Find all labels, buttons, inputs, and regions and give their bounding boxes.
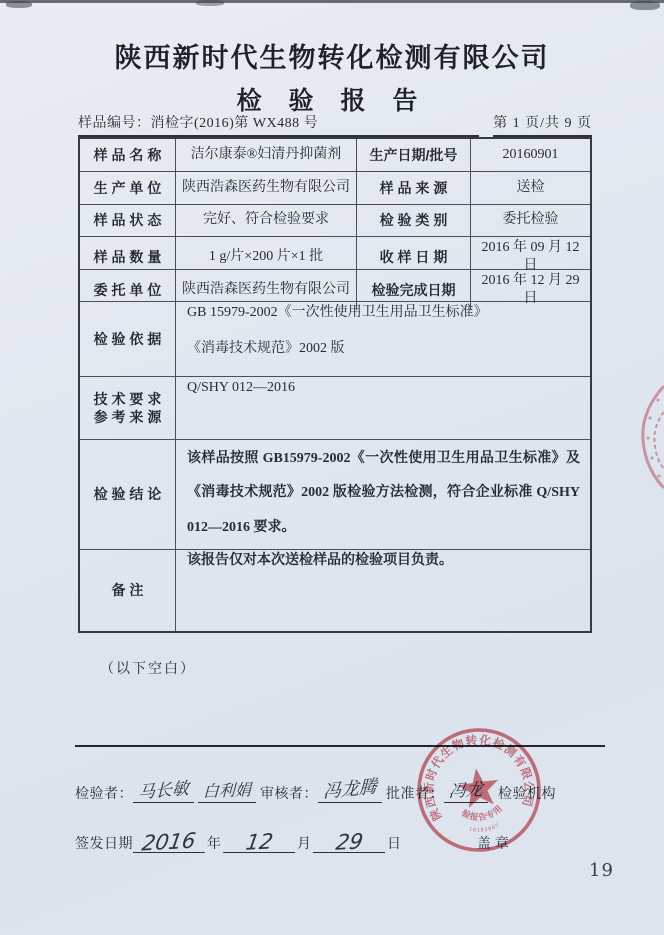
row-value: 委托检验	[470, 205, 590, 236]
report-table: 样 品 名 称 洁尔康泰®妇清丹抑菌剂 生产日期/批号 20160901 生 产…	[78, 137, 592, 633]
issue-month-blank: 12	[223, 833, 295, 853]
company-title: 陕西新时代生物转化检测有限公司	[0, 36, 664, 75]
row-label: 备 注	[80, 550, 175, 631]
report-header: 陕西新时代生物转化检测有限公司 检 验 报 告	[0, 0, 664, 117]
row-value: 完好、符合检验要求	[175, 205, 356, 236]
table-row-remark: 备 注 该报告仅对本次送检样品的检验项目负责。	[80, 549, 590, 631]
row-value: 陕西浩森医药生物有限公司	[175, 172, 356, 203]
remark-text: 该报告仅对本次送检样品的检验项目负责。	[187, 552, 453, 570]
handwritten-signature: 白利娟	[203, 777, 252, 802]
day-unit: 日	[387, 833, 401, 853]
table-row-tech: 技 术 要 求 参 考 来 源 Q/SHY 012—2016	[80, 376, 590, 439]
scan-artifact	[196, 0, 224, 6]
row-label: 样 品 名 称	[80, 139, 175, 171]
table-row: 样 品 数 量 1 g/片×200 片×1 批 收 样 日 期 2016 年 0…	[80, 236, 590, 268]
tech-label-line1: 技 术 要 求	[94, 390, 162, 408]
table-row-conclusion: 检 验 结 论 该样品按照 GB15979-2002《一次性使用卫生用品卫生标准…	[80, 439, 590, 549]
conclusion-text: 该样品按照 GB15979-2002《一次性使用卫生用品卫生标准》及《消毒技术规…	[187, 442, 586, 545]
row-label: 检 验 依 据	[80, 302, 175, 376]
row-label: 样 品 来 源	[356, 172, 470, 203]
row-value: 洁尔康泰®妇清丹抑菌剂	[175, 139, 356, 171]
scanned-report-page: 陕西新时代生物转化检测有限公司 检 验 报 告 样品编号：消检字(2016)第 …	[0, 0, 664, 935]
report-body: 样品编号：消检字(2016)第 WX488 号 第 1 页/共 9 页 样 品 …	[78, 112, 592, 633]
row-label: 生产日期/批号	[356, 139, 470, 171]
handwritten-signature: 马长敏	[138, 774, 189, 804]
row-value: GB 15979-2002《一次性使用卫生用品卫生标准》 《消毒技术规范》200…	[175, 302, 590, 376]
row-label: 技 术 要 求 参 考 来 源	[80, 377, 175, 439]
blank-below-note: （以下空白）	[100, 658, 196, 678]
row-label: 检 验 结 论	[80, 440, 175, 549]
tech-value: Q/SHY 012—2016	[187, 379, 295, 397]
scan-artifact	[630, 1, 660, 10]
page-indicator: 第 1 页/共 9 页	[493, 112, 592, 137]
table-row: 样 品 状 态 完好、符合检验要求 检 验 类 别 委托检验	[80, 204, 590, 236]
row-value: 该样品按照 GB15979-2002《一次性使用卫生用品卫生标准》及《消毒技术规…	[175, 440, 590, 549]
row-label: 检 验 类 别	[356, 205, 470, 236]
year-unit: 年	[207, 833, 221, 853]
page-number-stamp: 19	[589, 860, 614, 881]
scan-artifact	[6, 1, 32, 8]
issue-day-blank: 29	[313, 833, 385, 853]
basis-line-1: GB 15979-2002《一次性使用卫生用品卫生标准》	[187, 304, 586, 322]
table-row: 生 产 单 位 陕西浩森医药生物有限公司 样 品 来 源 送检	[80, 171, 590, 203]
reviewer-signature: 冯龙腾	[318, 775, 382, 803]
sample-number: 样品编号：消检字(2016)第 WX488 号	[78, 112, 479, 137]
row-label: 样 品 状 态	[80, 205, 175, 236]
month-unit: 月	[297, 833, 311, 853]
issue-date-label: 签发日期	[75, 833, 133, 853]
partial-edge-seal-stamp	[634, 378, 664, 500]
inspector-label: 检验者：	[75, 783, 133, 803]
scan-edge-top	[0, 0, 664, 3]
table-row-basis: 检 验 依 据 GB 15979-2002《一次性使用卫生用品卫生标准》 《消毒…	[80, 301, 590, 376]
table-row: 样 品 名 称 洁尔康泰®妇清丹抑菌剂 生产日期/批号 20160901	[80, 139, 590, 171]
row-value: 20160901	[470, 139, 590, 171]
sample-number-row: 样品编号：消检字(2016)第 WX488 号 第 1 页/共 9 页	[78, 112, 592, 137]
reviewer-label: 审核者：	[260, 783, 318, 803]
row-value: Q/SHY 012—2016	[175, 377, 590, 439]
handwritten-month: 12	[244, 832, 274, 852]
handwritten-signature: 冯龙腾	[323, 772, 378, 804]
handwritten-year: 2016	[141, 832, 197, 854]
row-value: 送检	[470, 172, 590, 203]
row-value: 该报告仅对本次送检样品的检验项目负责。	[175, 550, 590, 631]
inspector-signature-1: 马长敏	[133, 776, 194, 803]
tech-label-line2: 参 考 来 源	[94, 408, 162, 426]
inspector-signature-2: 白利娟	[198, 778, 256, 803]
handwritten-day: 29	[334, 832, 364, 852]
row-label: 生 产 单 位	[80, 172, 175, 203]
table-row: 委 托 单 位 陕西浩森医药生物有限公司 检验完成日期 2016 年 12 月 …	[80, 269, 590, 301]
seal-star-icon	[456, 765, 502, 809]
basis-line-2: 《消毒技术规范》2002 版	[187, 340, 586, 358]
issue-year-blank: 2016	[133, 833, 205, 853]
company-seal-stamp: 陕西新时代生物转化检测有限公司 检验报告专用章 6101030070	[413, 724, 545, 856]
